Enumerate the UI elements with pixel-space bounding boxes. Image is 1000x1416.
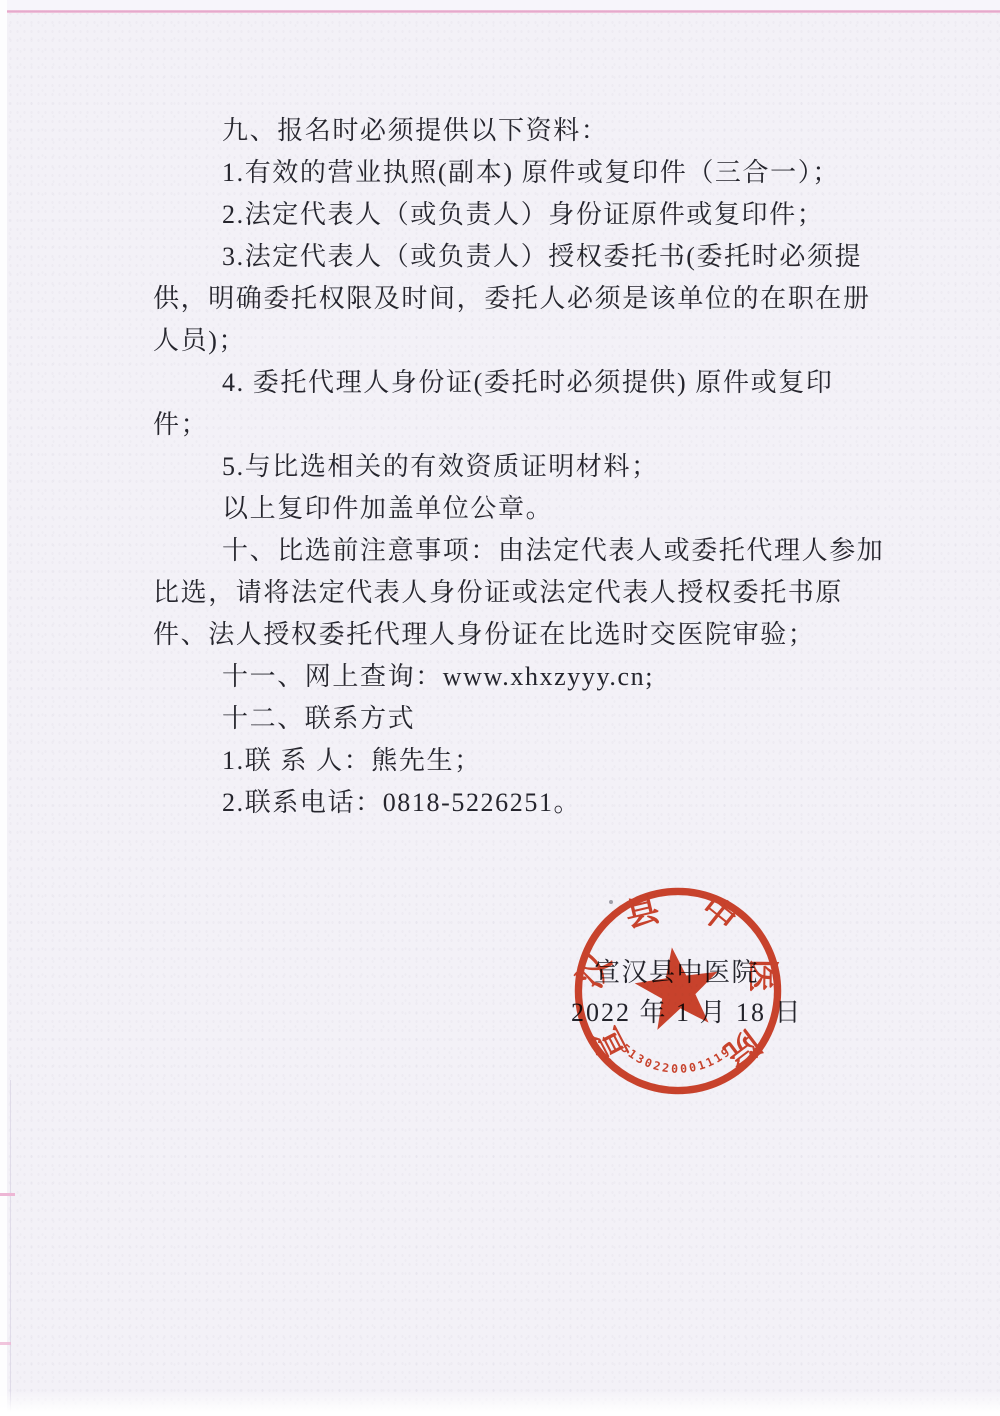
document-line: 件；: [153, 404, 875, 446]
document-line: 5.与比选相关的有效资质证明材料；: [153, 446, 875, 488]
scanned-document-page: 九、报名时必须提供以下资料：1.有效的营业执照(副本) 原件或复印件（三合一）；…: [0, 0, 1000, 1416]
document-line: 件、法人授权委托代理人身份证在比选时交医院审验；: [153, 614, 875, 656]
document-line: 九、报名时必须提供以下资料：: [153, 110, 875, 152]
scan-bottom-fade: [0, 1390, 1000, 1416]
document-line: 十一、网上查询：www.xhxzyyy.cn;: [153, 656, 875, 698]
document-line: 供，明确委托权限及时间，委托人必须是该单位的在职在册: [153, 278, 875, 320]
document-line: 以上复印件加盖单位公章。: [153, 488, 875, 530]
document-line: 2.法定代表人（或负责人）身份证原件或复印件；: [153, 194, 875, 236]
official-seal-graphic: 宣汉县中医院 5130220001119: [573, 882, 783, 1100]
document-body: 九、报名时必须提供以下资料：1.有效的营业执照(副本) 原件或复印件（三合一）；…: [153, 110, 875, 824]
document-line: 2.联系电话：0818-5226251。: [153, 782, 875, 824]
document-line: 十二、联系方式: [153, 698, 875, 740]
document-line: 1.联 系 人：熊先生；: [153, 740, 875, 782]
scan-left-margin: [0, 0, 7, 1416]
document-line: 十、比选前注意事项：由法定代表人或委托代理人参加: [153, 530, 875, 572]
star-icon: [630, 942, 724, 1033]
scan-pink-edge-line: [0, 10, 1000, 13]
document-line: 3.法定代表人（或负责人）授权委托书(委托时必须提: [153, 236, 875, 278]
document-line: 1.有效的营业执照(副本) 原件或复印件（三合一）；: [153, 152, 875, 194]
document-line: 4. 委托代理人身份证(委托时必须提供) 原件或复印: [153, 362, 875, 404]
document-line: 比选，请将法定代表人身份证或法定代表人授权委托书原: [153, 572, 875, 614]
scan-top-strip: [0, 0, 1000, 10]
official-seal: 宣汉县中医院 5130220001119: [573, 882, 783, 1100]
document-line: 人员)；: [153, 320, 875, 362]
scan-pink-tick: [0, 1342, 11, 1345]
scan-left-fold-line: [10, 1080, 11, 1416]
scan-pink-tick: [0, 1193, 15, 1196]
